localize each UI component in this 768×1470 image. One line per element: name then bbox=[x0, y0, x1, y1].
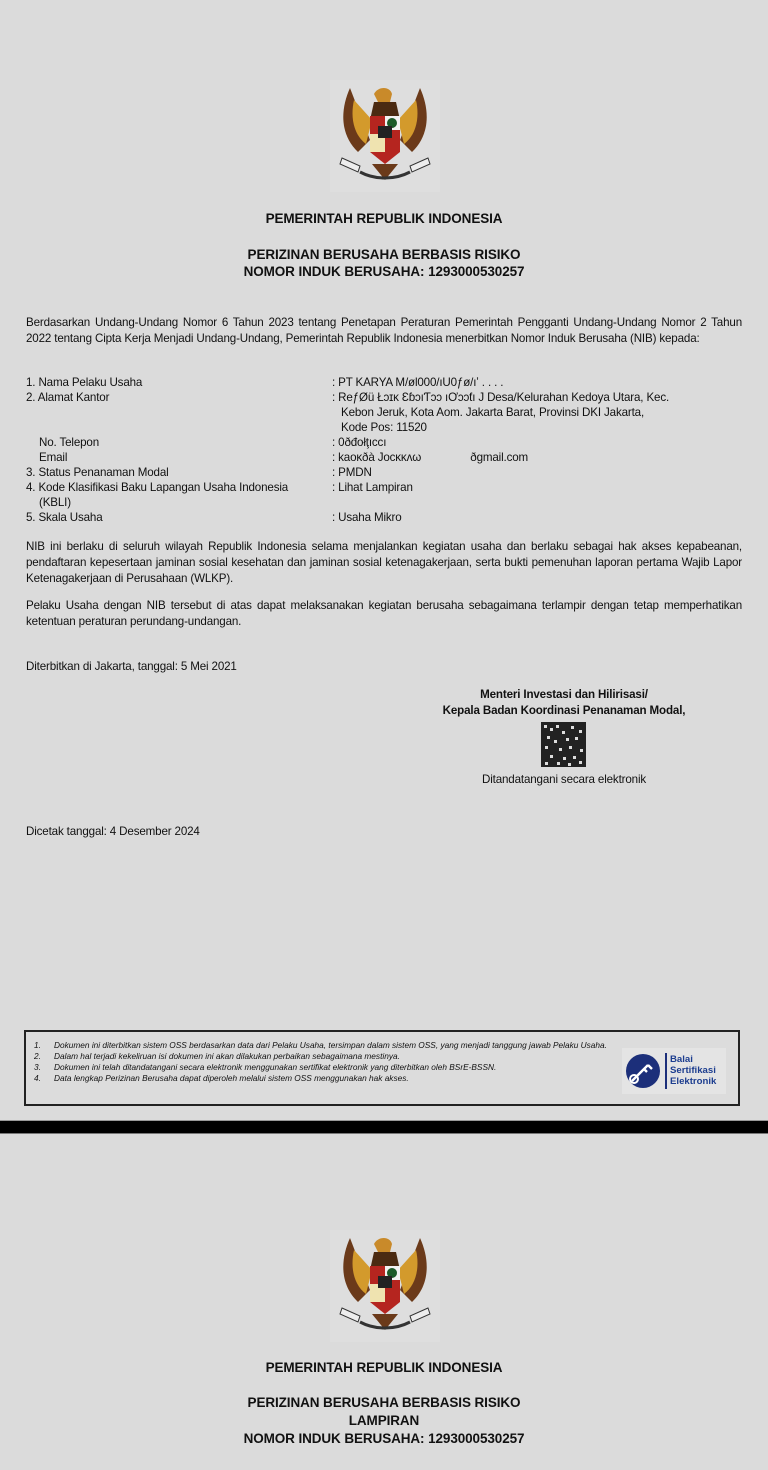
bsre-logo: Balai Sertifikasi Elektronik bbox=[622, 1048, 726, 1094]
page-separator bbox=[0, 1120, 768, 1134]
signatory-title-line1: Menteri Investasi dan Hilirisasi/ bbox=[400, 688, 728, 701]
nib-number: NOMOR INDUK BERUSAHA: 1293000530257 bbox=[0, 1431, 768, 1446]
qr-code-icon bbox=[541, 722, 586, 767]
electronic-signature-note: Ditandatangani secara elektronik bbox=[400, 773, 728, 786]
document-title: PERIZINAN BERUSAHA BERBASIS RISIKO bbox=[0, 247, 768, 262]
obligation-paragraph: Pelaku Usaha dengan NIB tersebut di atas… bbox=[26, 598, 742, 630]
validity-paragraph: NIB ini berlaku di seluruh wilayah Repub… bbox=[26, 539, 742, 587]
garuda-emblem-icon bbox=[330, 80, 440, 192]
government-heading: PEMERINTAH REPUBLIK INDONESIA bbox=[0, 211, 768, 226]
footnote-item: 4.Data lengkap Perizinan Berusaha dapat … bbox=[34, 1073, 620, 1084]
document-page-2: PEMERINTAH REPUBLIK INDONESIA PERIZINAN … bbox=[0, 1134, 768, 1470]
nib-number: NOMOR INDUK BERUSAHA: 1293000530257 bbox=[0, 264, 768, 279]
footnote-item: 1.Dokumen ini diterbitkan sistem OSS ber… bbox=[34, 1040, 620, 1051]
garuda-emblem-icon bbox=[330, 1230, 440, 1342]
document-title: PERIZINAN BERUSAHA BERBASIS RISIKO bbox=[0, 1395, 768, 1410]
intro-paragraph: Berdasarkan Undang-Undang Nomor 6 Tahun … bbox=[26, 315, 742, 347]
signatory-title-line2: Kepala Badan Koordinasi Penanaman Modal, bbox=[400, 704, 728, 717]
footnote-item: 3.Dokumen ini telah ditandatangani secar… bbox=[34, 1062, 620, 1073]
key-icon bbox=[626, 1054, 660, 1088]
footnotes-list: 1.Dokumen ini diterbitkan sistem OSS ber… bbox=[34, 1040, 620, 1084]
government-heading: PEMERINTAH REPUBLIK INDONESIA bbox=[0, 1360, 768, 1375]
footnotes-box: 1.Dokumen ini diterbitkan sistem OSS ber… bbox=[24, 1030, 740, 1106]
footnote-item: 2.Dalam hal terjadi kekeliruan isi dokum… bbox=[34, 1051, 620, 1062]
attachment-label: LAMPIRAN bbox=[0, 1413, 768, 1428]
document-page-1: PEMERINTAH REPUBLIK INDONESIA PERIZINAN … bbox=[0, 0, 768, 1120]
